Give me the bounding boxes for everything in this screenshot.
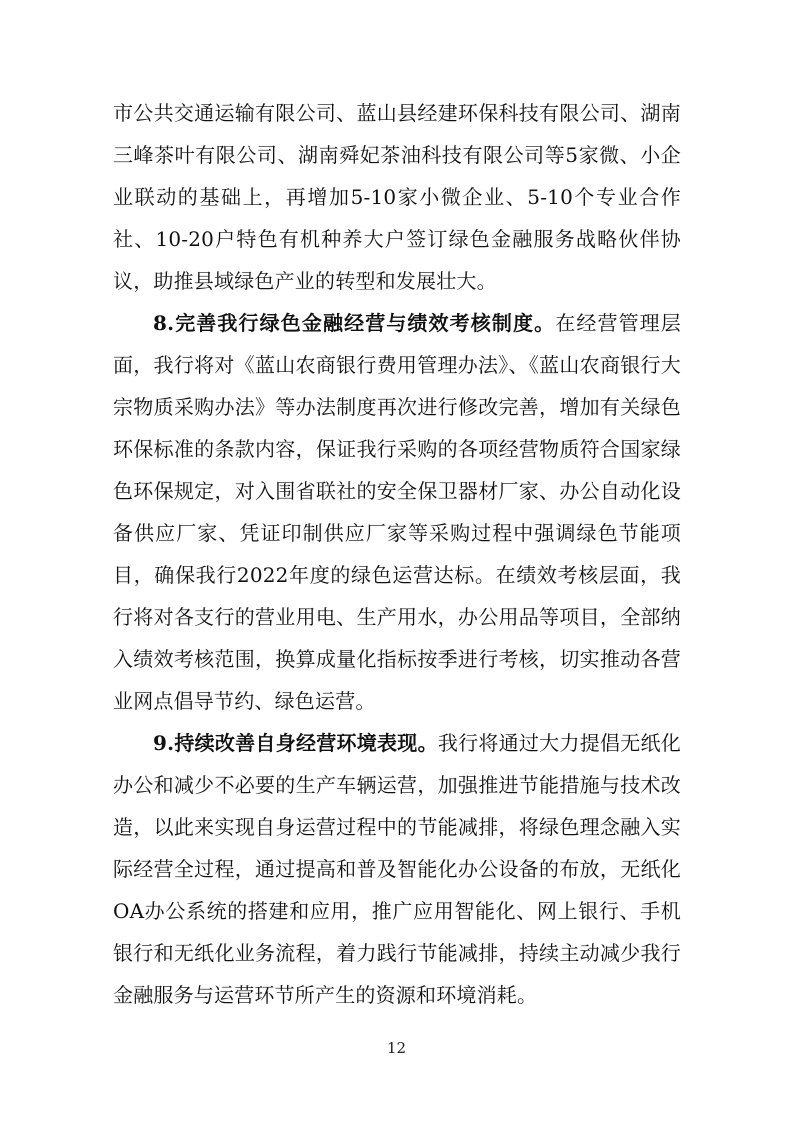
section-9-text: 我行将通过大力提倡无纸化办公和减少不必要的生产车辆运营，加强推进节能措施与技术改… (113, 731, 681, 1007)
section-8-text: 在经营管理层面，我行将对《蓝山农商银行费用管理办法》、《蓝山农商银行大宗物质采购… (113, 311, 681, 713)
document-page: 市公共交通运输有限公司、蓝山县经建环保科技有限公司、湖南三峰茶叶有限公司、湖南舜… (0, 0, 793, 1122)
section-9-heading: 9.持续改善自身经营环境表现。 (153, 731, 438, 755)
section-9-paragraph: 9.持续改善自身经营环境表现。我行将通过大力提倡无纸化办公和减少不必要的生产车辆… (113, 722, 681, 1016)
page-number: 12 (0, 1038, 793, 1058)
section-8-paragraph: 8.完善我行绿色金融经营与绩效考核制度。在经营管理层面，我行将对《蓝山农商银行费… (113, 302, 681, 722)
body-paragraph-continuation: 市公共交通运输有限公司、蓝山县经建环保科技有限公司、湖南三峰茶叶有限公司、湖南舜… (113, 92, 681, 302)
document-body: 市公共交通运输有限公司、蓝山县经建环保科技有限公司、湖南三峰茶叶有限公司、湖南舜… (113, 92, 681, 1016)
section-8-heading: 8.完善我行绿色金融经营与绩效考核制度。 (153, 311, 555, 335)
